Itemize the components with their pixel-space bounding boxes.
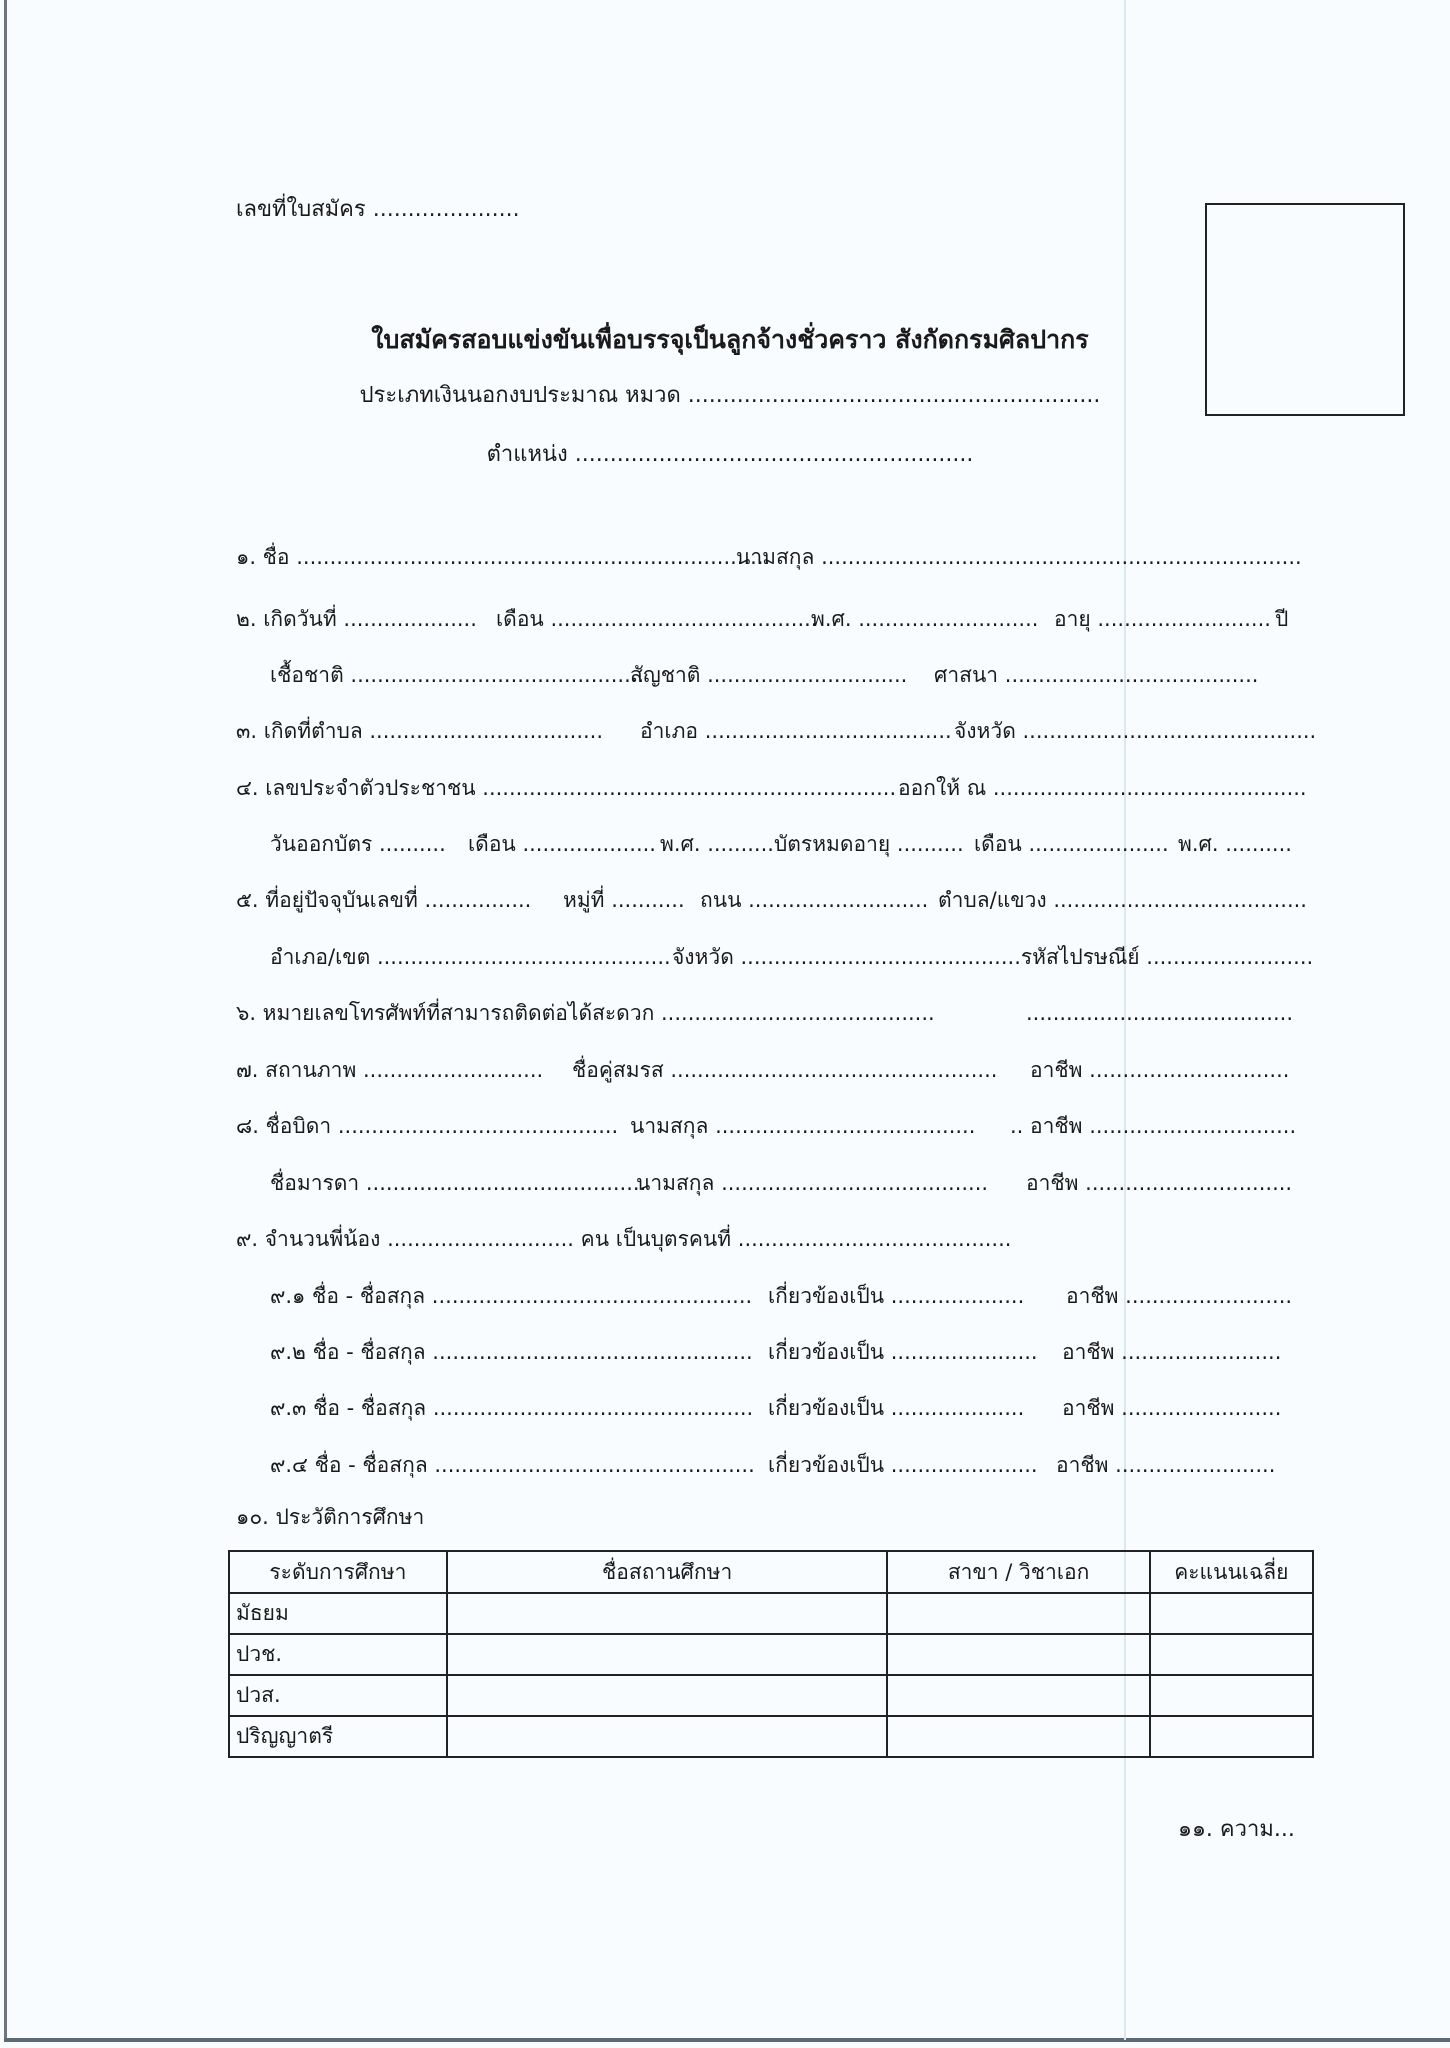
birth-month-field[interactable]: เดือน ..................................… (496, 604, 817, 634)
race-field[interactable]: เชื้อชาติ ..............................… (270, 660, 644, 690)
birth-province-field[interactable]: จังหวัด ................................… (954, 716, 1316, 746)
row-education-heading: ๑๐. ประวัติการศึกษา (0, 1502, 1450, 1534)
birth-day-field[interactable]: ๒. เกิดวันที่ .................... (236, 604, 477, 634)
photo-box (1205, 203, 1405, 416)
form-title: ใบสมัครสอบแข่งขันเพื่อบรรจุเป็นลูกจ้างชั… (300, 325, 1160, 355)
sibling-row: ๙.๓ ชื่อ - ชื่อสกุล ....................… (0, 1393, 1450, 1425)
house-number-field[interactable]: ๕. ที่อยู่ปัจจุบันเลขที่ ...............… (236, 885, 531, 915)
marital-status-field[interactable]: ๗. สถานภาพ ........................... (236, 1055, 543, 1085)
major-cell[interactable] (887, 1716, 1149, 1757)
address-province-postcode-field[interactable]: จังหวัด ................................… (672, 942, 1313, 972)
spouse-name-field[interactable]: ชื่อคู่สมรส ............................… (572, 1055, 997, 1085)
phone-field-2[interactable]: ........................................ (1026, 998, 1293, 1028)
birth-district-field[interactable]: อำเภอ ..................................… (640, 716, 952, 746)
birth-year-field[interactable]: พ.ศ. ........................... (811, 604, 1038, 634)
sibling-relation-field[interactable]: เกี่ยวข้องเป็น ...................... (768, 1450, 1038, 1480)
column-header-level: ระดับการศึกษา (229, 1551, 447, 1593)
application-number-label: เลขที่ใบสมัคร (236, 197, 366, 222)
row-address: ๕. ที่อยู่ปัจจุบันเลขที่ ...............… (0, 885, 1450, 917)
education-level-cell: มัธยม (229, 1593, 447, 1634)
issue-day-field[interactable]: วันออกบัตร .......... (270, 829, 446, 859)
sibling-name-field[interactable]: ๙.๔ ชื่อ - ชื่อสกุล ....................… (270, 1450, 755, 1480)
phone-field[interactable]: ๖. หมายเลขโทรศัพท์ที่สามารถติดต่อได้สะดว… (236, 998, 935, 1028)
religion-field[interactable]: ศาสนา ..................................… (934, 660, 1258, 690)
institution-cell[interactable] (447, 1716, 888, 1757)
gpa-cell[interactable] (1150, 1593, 1313, 1634)
surname-field[interactable]: นามสกุล ................................… (736, 542, 1302, 572)
mother-surname-field[interactable]: นามสกุล ................................… (636, 1168, 988, 1198)
sibling-occupation-field[interactable]: อาชีพ ........................ (1062, 1393, 1281, 1423)
issue-month-field[interactable]: เดือน .................... (468, 829, 656, 859)
father-surname-field[interactable]: นามสกุล ................................… (630, 1111, 975, 1141)
road-field[interactable]: ถนน ........................... (700, 885, 928, 915)
form-page: เลขที่ใบสมัคร ..................... ใบสม… (0, 0, 1450, 2048)
mother-occupation-field[interactable]: อาชีพ ............................... (1026, 1168, 1292, 1198)
column-header-gpa: คะแนนเฉลี่ย (1150, 1551, 1313, 1593)
education-level-cell: ปวส. (229, 1675, 447, 1716)
row-birthplace: ๓. เกิดที่ตำบล .........................… (0, 716, 1450, 748)
row-name: ๑. ชื่อ ................................… (0, 542, 1450, 574)
institution-cell[interactable] (447, 1593, 888, 1634)
row-id-card: ๔. เลขประจำตัวประชาชน ..................… (0, 773, 1450, 805)
father-occupation-field[interactable]: .. อาชีพ ............................... (1010, 1111, 1296, 1141)
moo-field[interactable]: หมู่ที่ ........... (563, 885, 685, 915)
age-field[interactable]: อายุ .......................... (1054, 604, 1271, 634)
row-father: ๘. ชื่อบิดา ............................… (0, 1111, 1450, 1143)
sibling-name-field[interactable]: ๙.๓ ชื่อ - ชื่อสกุล ....................… (270, 1393, 753, 1423)
sibling-relation-field[interactable]: เกี่ยวข้องเป็น ...................... (768, 1337, 1038, 1367)
page-edge-bottom (4, 2038, 1450, 2042)
education-table-header: ระดับการศึกษา ชื่อสถานศึกษา สาขา / วิชาเ… (229, 1551, 1313, 1593)
sibling-relation-field[interactable]: เกี่ยวข้องเป็น .................... (768, 1393, 1024, 1423)
row-phone: ๖. หมายเลขโทรศัพท์ที่สามารถติดต่อได้สะดว… (0, 998, 1450, 1030)
address-district-field[interactable]: อำเภอ/เขต ..............................… (270, 942, 671, 972)
expiry-month-field[interactable]: เดือน ..................... (974, 829, 1169, 859)
institution-cell[interactable] (447, 1634, 888, 1675)
education-level-cell: ปวช. (229, 1634, 447, 1675)
table-row: ปวส. (229, 1675, 1313, 1716)
table-row: มัธยม (229, 1593, 1313, 1634)
id-issued-at-field[interactable]: ออกให้ ณ ...............................… (898, 773, 1307, 803)
institution-cell[interactable] (447, 1675, 888, 1716)
table-row: ปริญญาตรี (229, 1716, 1313, 1757)
sibling-name-field[interactable]: ๙.๑ ชื่อ - ชื่อสกุล ....................… (270, 1281, 752, 1311)
position-field[interactable]: ตำแหน่ง ................................… (300, 440, 1160, 470)
row-race: เชื้อชาติ ..............................… (0, 660, 1450, 692)
sibling-name-field[interactable]: ๙.๒ ชื่อ - ชื่อสกุล ....................… (270, 1337, 753, 1367)
spouse-occupation-field[interactable]: อาชีพ .............................. (1030, 1055, 1289, 1085)
siblings-count-field[interactable]: ๙. จำนวนพี่น้อง ........................… (236, 1224, 1011, 1254)
education-table: ระดับการศึกษา ชื่อสถานศึกษา สาขา / วิชาเ… (228, 1550, 1314, 1758)
mother-name-field[interactable]: ชื่อมารดา ..............................… (270, 1168, 646, 1198)
table-row: ปวช. (229, 1634, 1313, 1675)
column-header-major: สาขา / วิชาเอก (887, 1551, 1149, 1593)
row-birth: ๒. เกิดวันที่ .................... เดือน… (0, 604, 1450, 636)
gpa-cell[interactable] (1150, 1634, 1313, 1675)
sibling-row: ๙.๑ ชื่อ - ชื่อสกุล ....................… (0, 1281, 1450, 1313)
budget-category-field[interactable]: ประเภทเงินนอกงบประมาณ หมวด .............… (300, 381, 1160, 411)
first-name-field[interactable]: ๑. ชื่อ ................................… (236, 542, 770, 572)
gpa-cell[interactable] (1150, 1675, 1313, 1716)
sibling-occupation-field[interactable]: อาชีพ ........................ (1062, 1337, 1281, 1367)
sibling-row: ๙.๔ ชื่อ - ชื่อสกุล ....................… (0, 1450, 1450, 1482)
major-cell[interactable] (887, 1675, 1149, 1716)
issue-year-expiry-field[interactable]: พ.ศ. ..........บัตรหมดอายุ .......... (660, 829, 964, 859)
nationality-field[interactable]: สัญชาติ .............................. (630, 660, 907, 690)
age-unit-label: ปี (1275, 604, 1288, 634)
column-header-institution: ชื่อสถานศึกษา (447, 1551, 888, 1593)
sibling-occupation-field[interactable]: อาชีพ ......................... (1066, 1281, 1292, 1311)
row-siblings: ๙. จำนวนพี่น้อง ........................… (0, 1224, 1450, 1256)
row-mother: ชื่อมารดา ..............................… (0, 1168, 1450, 1200)
sibling-relation-field[interactable]: เกี่ยวข้องเป็น .................... (768, 1281, 1024, 1311)
application-number[interactable]: เลขที่ใบสมัคร ..................... (236, 195, 520, 225)
row-marital: ๗. สถานภาพ ........................... ช… (0, 1055, 1450, 1087)
expiry-year-field[interactable]: พ.ศ. .......... (1178, 829, 1292, 859)
sibling-occupation-field[interactable]: อาชีพ ........................ (1056, 1450, 1275, 1480)
continued-next-page: ๑๑. ความ... (1178, 1815, 1295, 1845)
application-number-field[interactable]: ..................... (373, 197, 520, 222)
major-cell[interactable] (887, 1634, 1149, 1675)
father-name-field[interactable]: ๘. ชื่อบิดา ............................… (236, 1111, 618, 1141)
education-level-cell: ปริญญาตรี (229, 1716, 447, 1757)
address-subdistrict-field[interactable]: ตำบล/แขวง ..............................… (938, 885, 1307, 915)
major-cell[interactable] (887, 1593, 1149, 1634)
education-heading: ๑๐. ประวัติการศึกษา (236, 1502, 424, 1532)
row-id-dates: วันออกบัตร .......... เดือน ............… (0, 829, 1450, 861)
gpa-cell[interactable] (1150, 1716, 1313, 1757)
sibling-row: ๙.๒ ชื่อ - ชื่อสกุล ....................… (0, 1337, 1450, 1369)
id-number-field[interactable]: ๔. เลขประจำตัวประชาชน ..................… (236, 773, 896, 803)
birth-subdistrict-field[interactable]: ๓. เกิดที่ตำบล .........................… (236, 716, 603, 746)
row-address-2: อำเภอ/เขต ..............................… (0, 942, 1450, 974)
